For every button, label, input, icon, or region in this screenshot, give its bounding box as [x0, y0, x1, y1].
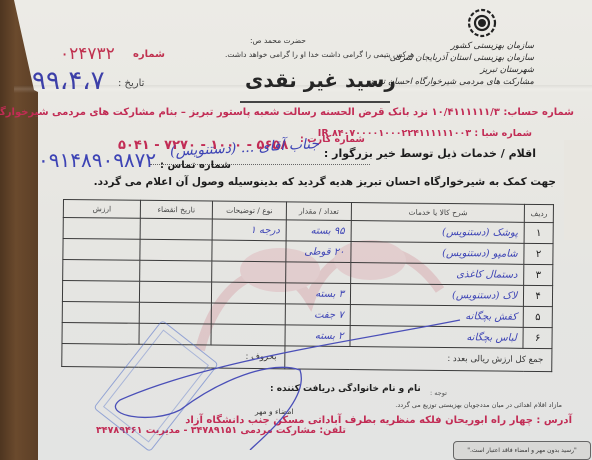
phone-handwritten: ۰۹۱۴۸۹۰۹۸۷۲: [38, 148, 156, 172]
header-type: نوع / توضیحات: [212, 201, 287, 220]
cell-idx: ۲: [524, 243, 553, 264]
cell-idx: ۵: [523, 306, 552, 327]
signature-scribble-icon: [60, 250, 480, 450]
cell-idx: ۶: [523, 327, 552, 348]
cell-type: درجه ۱: [212, 219, 287, 241]
cell-value: [63, 218, 140, 240]
account-number-line: شماره حساب: ۱۰/۴۱۱۱۱۱۱/۳ نزد بانک قرض ال…: [0, 107, 574, 118]
date-value: ۹۹،۴،۷: [32, 66, 105, 96]
cell-expiry: [140, 218, 212, 240]
purpose-statement: جهت کمک به شیرخوارگاه احسان تبریز هدیه گ…: [94, 176, 556, 188]
phone-label: شماره تماس :: [160, 160, 231, 171]
items-donor-label: اقلام / خدمات ذیل توسط خیر بزرگوار :: [324, 147, 536, 160]
serial-label: شماره: [133, 49, 165, 60]
org-line: مشارکت های مردمی شیرخوارگاه احسان تبریز: [374, 76, 534, 88]
header-desc: شرح کالا یا خدمات: [351, 203, 524, 223]
title-underline: [240, 101, 390, 103]
receipt-title: رسید غیر نقدی: [245, 68, 396, 92]
header-qty: تعداد / مقدار: [286, 202, 351, 221]
header-idx: ردیف: [525, 204, 554, 222]
header-value: ارزش: [63, 200, 140, 219]
serial-number: ۰۲۴۷۳۲: [60, 44, 115, 64]
cell-idx: ۴: [524, 285, 553, 306]
org-line: شهرستان تبریز: [374, 64, 534, 76]
paper-scrap: [564, 140, 592, 240]
cell-qty: ۹۵ بسته: [286, 220, 351, 242]
hadith-title: حضرت محمد ص:: [250, 36, 306, 45]
organization-logo-icon: [465, 6, 499, 40]
cell-desc: پوشک (دستنویس): [351, 221, 524, 244]
date-label: تاریخ :: [118, 78, 144, 89]
header-expiry: تاریخ انقضاء: [140, 200, 212, 219]
organization-name: سازمان بهزیستی کشور سازمان بهزیستی استان…: [374, 40, 534, 88]
cell-idx: ۳: [524, 264, 553, 285]
cell-idx: ۱: [524, 222, 553, 243]
hadith-text: هرکس یتیمی را گرامی داشت خدا او را گرامی…: [225, 50, 414, 59]
